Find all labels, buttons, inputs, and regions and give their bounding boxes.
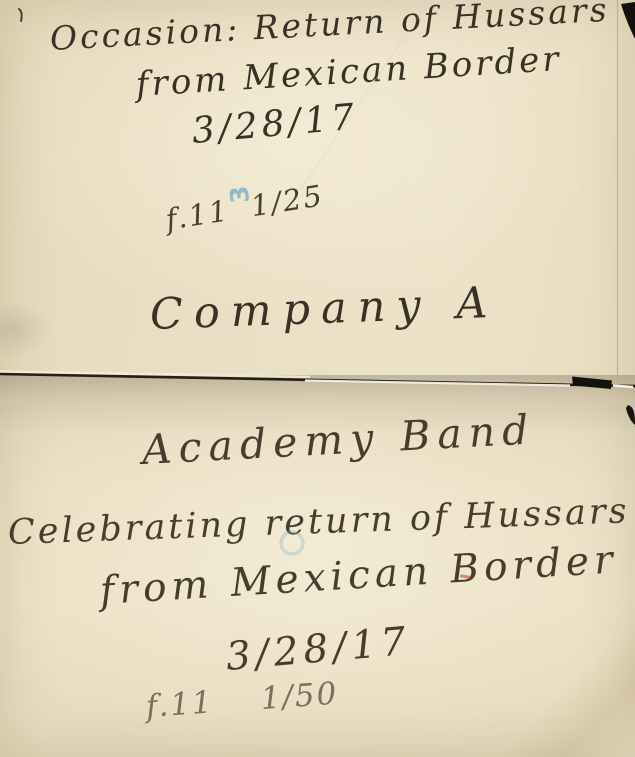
- company-line: Company A: [149, 282, 499, 337]
- top-card-right-edge: [617, 0, 635, 375]
- scanned-photo-backs: Occasion: Return of Hussars from Mexican…: [0, 0, 635, 757]
